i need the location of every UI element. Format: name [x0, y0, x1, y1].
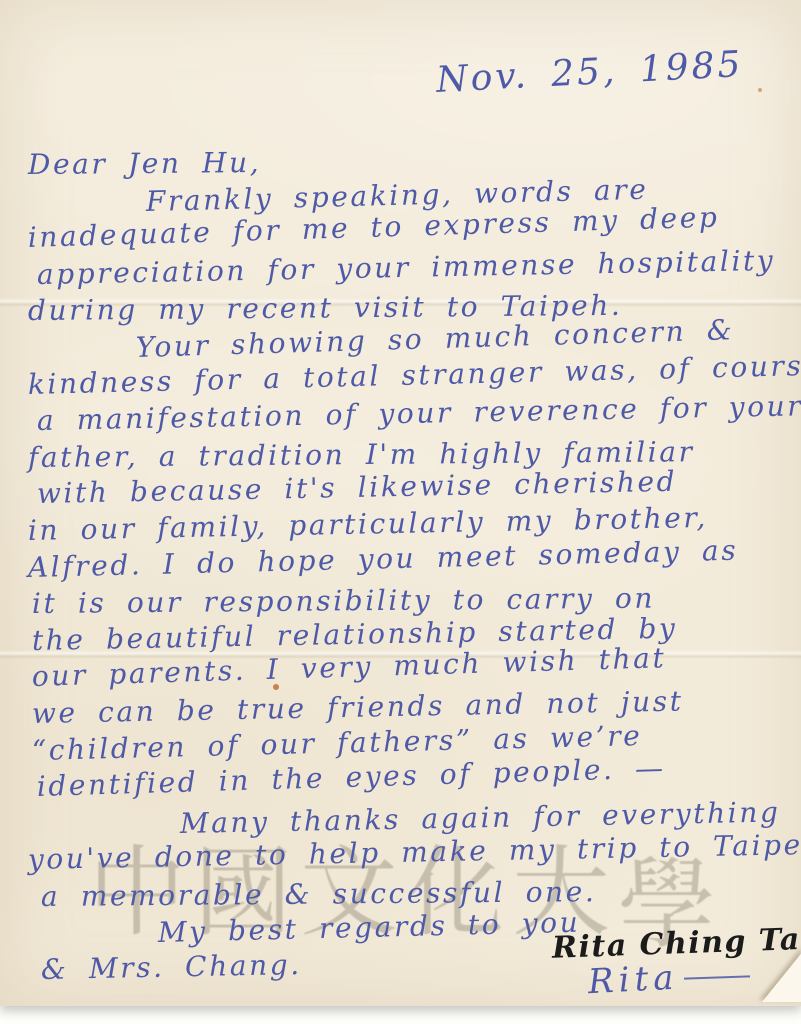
letter-line: you've done to help make my trip to Taip… [28, 829, 795, 880]
letter-date: Nov. 25, 1985 [435, 44, 744, 101]
scanned-letter-page: 中 國 文 化 大 學 Nov. 25, 1985 Dear Jen Hu, F… [0, 0, 801, 1006]
letter-body: Dear Jen Hu, Frankly speaking, words are… [28, 148, 794, 990]
signature: Rita [587, 954, 751, 1002]
paper-speck [758, 88, 762, 92]
